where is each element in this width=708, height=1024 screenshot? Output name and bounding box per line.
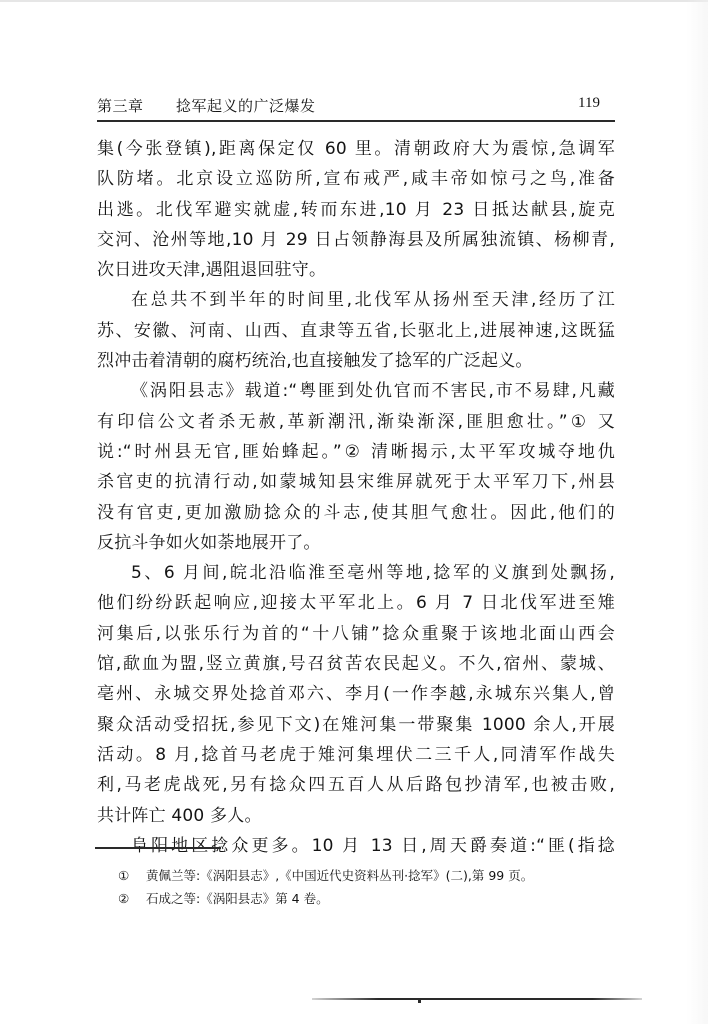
- footnote-2: ②石成之等:《涡阳县志》第 4 卷。: [118, 887, 598, 910]
- text-line: 活动。8 月,捻首马老虎于雉河集埋伏二三千人,同清军作战失: [97, 740, 615, 770]
- text-line: 没有官吏,更加激励捻众的斗志,使其胆气愈壮。因此,他们的: [97, 498, 615, 528]
- chapter-title: 捻军起义的广泛爆发: [176, 95, 316, 116]
- text-line: 河集后,以张乐行为首的“十八铺”捻众重聚于该地北面山西会: [97, 619, 615, 649]
- text-line: 他们纷纷跃起响应,迎接太平军北上。6 月 7 日北伐军进至雉: [97, 588, 615, 618]
- text-line: 烈冲击着清朝的腐朽统治,也直接触发了捻军的广泛起义。: [97, 346, 615, 376]
- footnote-marker: ②: [118, 887, 146, 910]
- running-header: 第三章 捻军起义的广泛爆发 119: [97, 93, 612, 117]
- text-line: 聚众活动受招抚,参见下文)在雉河集一带聚集 1000 余人,开展: [97, 710, 615, 740]
- footnote-marker: ①: [118, 864, 146, 887]
- text-line: 次日进攻天津,遇阻退回驻守。: [97, 255, 615, 285]
- text-line: 共计阵亡 400 多人。: [97, 801, 615, 831]
- header-rule: [97, 120, 615, 122]
- page-number: 119: [578, 95, 600, 112]
- paragraph-start-line: 5、6 月间,皖北沿临淮至亳州等地,捻军的义旗到处飘扬,: [97, 558, 615, 588]
- text-line: 说:“时州县无官,匪始蜂起。”② 清晰揭示,太平军攻城夺地仇: [97, 437, 615, 467]
- text-line: 亳州、永城交界处捻首邓六、李月(一作李越,永城东兴集人,曾: [97, 679, 615, 709]
- footnote-separator: [95, 847, 221, 849]
- text-line: 集(今张登镇),距离保定仅 60 里。清朝政府大为震惊,急调军: [97, 134, 615, 164]
- text-line: 馆,歃血为盟,竖立黄旗,号召贫苦农民起义。不久,宿州、蒙城、: [97, 649, 615, 679]
- text-line: 反抗斗争如火如荼地展开了。: [97, 528, 615, 558]
- text-line: 苏、安徽、河南、山西、直隶等五省,长驱北上,进展神速,这既猛: [97, 316, 615, 346]
- text-line: 杀官吏的抗清行动,如蒙城知县宋维屏就死于太平军刀下,州县: [97, 467, 615, 497]
- footnote-text: 石成之等:《涡阳县志》第 4 卷。: [146, 891, 329, 906]
- text-line: 交河、沧州等地,10 月 29 日占领静海县及所属独流镇、杨柳青,: [97, 225, 615, 255]
- paragraph-start-line: 在总共不到半年的时间里,北伐军从扬州至天津,经历了江: [97, 285, 615, 315]
- paragraph-start-line: 《涡阳县志》载道:“粤匪到处仇官而不害民,市不易肆,凡藏: [97, 376, 615, 406]
- text-line: 有印信公文者杀无赦,革新潮汛,渐染渐深,匪胆愈壮。”① 又: [97, 407, 615, 437]
- chapter-label: 第三章: [97, 95, 144, 116]
- scan-artifact-mark: [418, 998, 421, 1003]
- footnotes: ①黄佩兰等:《涡阳县志》,《中国近代史资料丛刊·捻军》(二),第 99 页。 ②…: [118, 864, 598, 910]
- body-text: 集(今张登镇),距离保定仅 60 里。清朝政府大为震惊,急调军 队防堵。北京设立…: [97, 134, 615, 861]
- footnote-1: ①黄佩兰等:《涡阳县志》,《中国近代史资料丛刊·捻军》(二),第 99 页。: [118, 864, 598, 887]
- text-line: 利,马老虎战死,另有捻众四五百人从后路包抄清军,也被击败,: [97, 770, 615, 800]
- text-line: 队防堵。北京设立巡防所,宣布戒严,咸丰帝如惊弓之鸟,准备: [97, 164, 615, 194]
- paragraph-start-line: 阜阳地区捻众更多。10 月 13 日,周天爵奏道:“匪(指捻: [97, 831, 615, 861]
- page-top-edge: [0, 0, 708, 2]
- scan-bottom-rule: [312, 998, 642, 1000]
- text-line: 出逃。北伐军避实就虚,转而东进,10 月 23 日抵达献县,旋克: [97, 195, 615, 225]
- page-edge-shadow: [686, 0, 708, 1024]
- footnote-text: 黄佩兰等:《涡阳县志》,《中国近代史资料丛刊·捻军》(二),第 99 页。: [146, 868, 533, 883]
